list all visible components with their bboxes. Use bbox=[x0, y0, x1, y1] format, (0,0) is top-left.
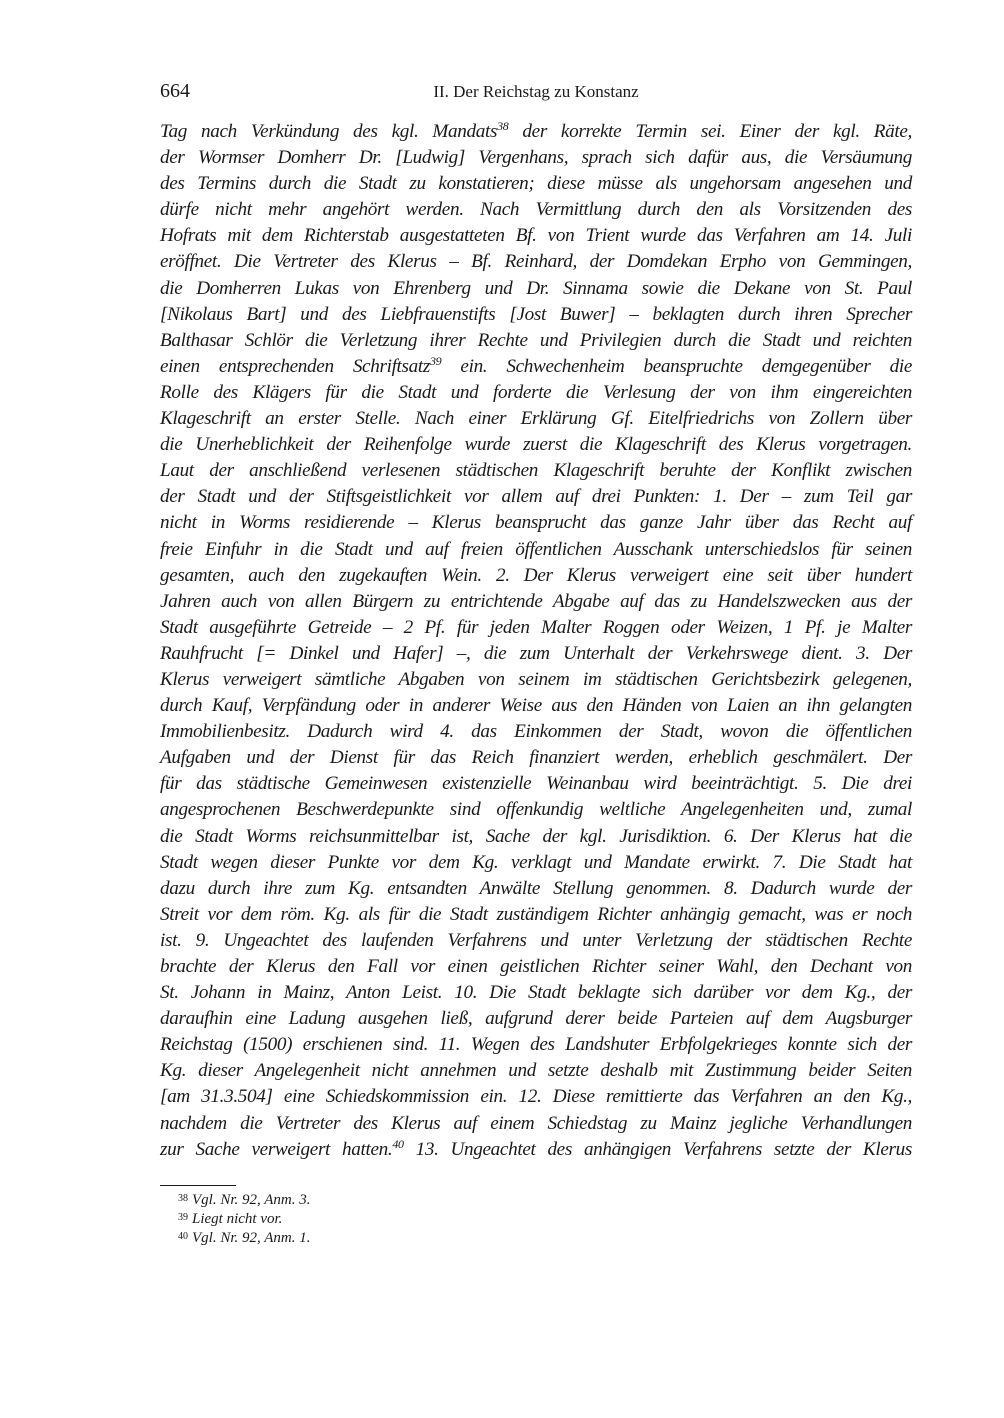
text-line: dürfe nicht mehr angehört werden. Nach V… bbox=[160, 197, 912, 223]
text-line: nicht in Worms residierende – Klerus bea… bbox=[160, 510, 912, 536]
text-line: für das städtische Gemeinwesen existenzi… bbox=[160, 771, 912, 797]
text-line: [am 31.3.504] eine Schiedskommission ein… bbox=[160, 1084, 912, 1110]
text-segment: Laut der anschließend verlesenen städtis… bbox=[160, 460, 912, 481]
footnote-text: Vgl. Nr. 92, Anm. 1. bbox=[192, 1230, 310, 1246]
text-segment: Streit vor dem röm. Kg. als für die Stad… bbox=[160, 904, 912, 925]
text-segment: die Stadt Worms reichsunmittelbar ist, S… bbox=[160, 826, 912, 847]
text-segment: Jahren auch von allen Bürgern zu entrich… bbox=[160, 591, 912, 612]
text-segment: ist. 9. Ungeachtet des laufenden Verfahr… bbox=[160, 930, 912, 951]
text-segment: nachdem die Vertreter des Klerus auf ein… bbox=[160, 1113, 912, 1134]
text-segment: die Domherren Lukas von Ehrenberg und Dr… bbox=[160, 278, 912, 299]
text-line: die Stadt Worms reichsunmittelbar ist, S… bbox=[160, 824, 912, 850]
text-segment: des Termins durch die Stadt zu konstatie… bbox=[160, 173, 912, 194]
text-line: Balthasar Schlör die Verletzung ihrer Re… bbox=[160, 328, 912, 354]
text-segment: St. Johann in Mainz, Anton Leist. 10. Di… bbox=[160, 982, 912, 1003]
text-line: Reichstag (1500) erschienen sind. 11. We… bbox=[160, 1032, 912, 1058]
text-segment: Rolle des Klägers für die Stadt und ford… bbox=[160, 382, 912, 403]
page-header: 664 II. Der Reichstag zu Konstanz bbox=[160, 80, 912, 106]
text-segment: der Wormser Domherr Dr. [Ludwig] Vergenh… bbox=[160, 147, 912, 168]
footnote: 39Liegt nicht vor. bbox=[178, 1209, 310, 1228]
text-segment: 13. Ungeachtet des anhängigen Verfahrens… bbox=[404, 1139, 912, 1160]
text-line: die Domherren Lukas von Ehrenberg und Dr… bbox=[160, 276, 912, 302]
footnote-separator bbox=[160, 1185, 236, 1186]
text-line: brachte der Klerus den Fall vor einen ge… bbox=[160, 954, 912, 980]
text-line: zur Sache verweigert hatten.40 13. Ungea… bbox=[160, 1137, 912, 1163]
text-line: Immobilienbesitz. Dadurch wird 4. das Ei… bbox=[160, 719, 912, 745]
text-line: Aufgaben und der Dienst für das Reich fi… bbox=[160, 745, 912, 771]
text-segment: brachte der Klerus den Fall vor einen ge… bbox=[160, 956, 912, 977]
text-line: eröffnet. Die Vertreter des Klerus – Bf.… bbox=[160, 249, 912, 275]
text-segment: freie Einfuhr in die Stadt und auf freie… bbox=[160, 539, 912, 560]
text-line: des Termins durch die Stadt zu konstatie… bbox=[160, 171, 912, 197]
footnote-reference[interactable]: 40 bbox=[392, 1137, 403, 1151]
text-line: Tag nach Verkündung des kgl. Mandats38 d… bbox=[160, 119, 912, 145]
footnote: 38Vgl. Nr. 92, Anm. 3. bbox=[178, 1190, 310, 1209]
text-line: der Stadt und der Stiftsgeistlichkeit vo… bbox=[160, 484, 912, 510]
text-segment: Klerus verweigert sämtliche Abgaben von … bbox=[160, 669, 912, 690]
footnote-reference[interactable]: 38 bbox=[497, 119, 508, 133]
text-line: angesprochenen Beschwerdepunkte sind off… bbox=[160, 797, 912, 823]
footnote-text: Vgl. Nr. 92, Anm. 3. bbox=[192, 1192, 310, 1208]
text-segment: der korrekte Termin sei. Einer der kgl. … bbox=[508, 121, 912, 142]
text-segment: Hofrats mit dem Richterstab ausgestattet… bbox=[160, 225, 912, 246]
text-segment: einen entsprechenden Schriftsatz bbox=[160, 356, 430, 377]
text-line: gesamten, auch den zugekauften Wein. 2. … bbox=[160, 563, 912, 589]
text-line: Streit vor dem röm. Kg. als für die Stad… bbox=[160, 902, 912, 928]
text-line: ist. 9. Ungeachtet des laufenden Verfahr… bbox=[160, 928, 912, 954]
text-line: [Nikolaus Bart] und des Liebfrauenstifts… bbox=[160, 302, 912, 328]
footnote-text: Liegt nicht vor. bbox=[192, 1211, 282, 1227]
text-line: Kg. dieser Angelegenheit nicht annehmen … bbox=[160, 1058, 912, 1084]
text-line: Stadt wegen dieser Punkte vor dem Kg. ve… bbox=[160, 850, 912, 876]
text-segment: daraufhin eine Ladung ausgehen ließ, auf… bbox=[160, 1008, 912, 1029]
running-head: II. Der Reichstag zu Konstanz bbox=[160, 82, 912, 102]
footnote-number: 39 bbox=[178, 1212, 188, 1223]
text-line: nachdem die Vertreter des Klerus auf ein… bbox=[160, 1111, 912, 1137]
text-line: einen entsprechenden Schriftsatz39 ein. … bbox=[160, 354, 912, 380]
text-segment: Stadt wegen dieser Punkte vor dem Kg. ve… bbox=[160, 852, 912, 873]
text-line: Stadt ausgeführte Getreide – 2 Pf. für j… bbox=[160, 615, 912, 641]
text-line: durch Kauf, Verpfändung oder in anderer … bbox=[160, 693, 912, 719]
text-segment: gesamten, auch den zugekauften Wein. 2. … bbox=[160, 565, 912, 586]
text-segment: Aufgaben und der Dienst für das Reich fi… bbox=[160, 747, 912, 768]
text-line: Jahren auch von allen Bürgern zu entrich… bbox=[160, 589, 912, 615]
text-line: der Wormser Domherr Dr. [Ludwig] Vergenh… bbox=[160, 145, 912, 171]
text-segment: [Nikolaus Bart] und des Liebfrauenstifts… bbox=[160, 304, 912, 325]
footnote-reference[interactable]: 39 bbox=[430, 354, 441, 368]
text-segment: Tag nach Verkündung des kgl. Mandats bbox=[160, 121, 497, 142]
text-line: Rolle des Klägers für die Stadt und ford… bbox=[160, 380, 912, 406]
text-segment: ein. Schwechenheim beanspruchte demgegen… bbox=[441, 356, 912, 377]
text-line: St. Johann in Mainz, Anton Leist. 10. Di… bbox=[160, 980, 912, 1006]
footnote-number: 38 bbox=[178, 1193, 188, 1204]
text-segment: Reichstag (1500) erschienen sind. 11. We… bbox=[160, 1034, 912, 1055]
text-segment: nicht in Worms residierende – Klerus bea… bbox=[160, 512, 912, 533]
text-segment: [am 31.3.504] eine Schiedskommission ein… bbox=[160, 1086, 912, 1107]
text-segment: für das städtische Gemeinwesen existenzi… bbox=[160, 773, 912, 794]
text-line: die Unerheblichkeit der Reihenfolge wurd… bbox=[160, 432, 912, 458]
text-segment: Stadt ausgeführte Getreide – 2 Pf. für j… bbox=[160, 617, 912, 638]
text-segment: eröffnet. Die Vertreter des Klerus – Bf.… bbox=[160, 251, 912, 272]
text-line: Hofrats mit dem Richterstab ausgestattet… bbox=[160, 223, 912, 249]
footnotes: 38Vgl. Nr. 92, Anm. 3.39Liegt nicht vor.… bbox=[178, 1190, 310, 1247]
footnote: 40Vgl. Nr. 92, Anm. 1. bbox=[178, 1228, 310, 1247]
text-segment: Klageschrift an erster Stelle. Nach eine… bbox=[160, 408, 912, 429]
text-segment: Rauhfrucht [= Dinkel und Hafer] –, die z… bbox=[160, 643, 912, 664]
text-segment: Immobilienbesitz. Dadurch wird 4. das Ei… bbox=[160, 721, 912, 742]
text-segment: dürfe nicht mehr angehört werden. Nach V… bbox=[160, 199, 912, 220]
text-line: dazu durch ihre zum Kg. entsandten Anwäl… bbox=[160, 876, 912, 902]
text-line: Klageschrift an erster Stelle. Nach eine… bbox=[160, 406, 912, 432]
text-segment: dazu durch ihre zum Kg. entsandten Anwäl… bbox=[160, 878, 912, 899]
text-line: Rauhfrucht [= Dinkel und Hafer] –, die z… bbox=[160, 641, 912, 667]
text-line: Klerus verweigert sämtliche Abgaben von … bbox=[160, 667, 912, 693]
text-segment: durch Kauf, Verpfändung oder in anderer … bbox=[160, 695, 912, 716]
text-segment: zur Sache verweigert hatten. bbox=[160, 1139, 392, 1160]
text-line: Laut der anschließend verlesenen städtis… bbox=[160, 458, 912, 484]
body-text: Tag nach Verkündung des kgl. Mandats38 d… bbox=[160, 119, 912, 1163]
text-segment: Kg. dieser Angelegenheit nicht annehmen … bbox=[160, 1060, 912, 1081]
text-segment: die Unerheblichkeit der Reihenfolge wurd… bbox=[160, 434, 912, 455]
text-line: freie Einfuhr in die Stadt und auf freie… bbox=[160, 537, 912, 563]
text-line: daraufhin eine Ladung ausgehen ließ, auf… bbox=[160, 1006, 912, 1032]
footnote-number: 40 bbox=[178, 1231, 188, 1242]
text-segment: der Stadt und der Stiftsgeistlichkeit vo… bbox=[160, 486, 912, 507]
text-segment: Balthasar Schlör die Verletzung ihrer Re… bbox=[160, 330, 912, 351]
text-segment: angesprochenen Beschwerdepunkte sind off… bbox=[160, 799, 912, 820]
